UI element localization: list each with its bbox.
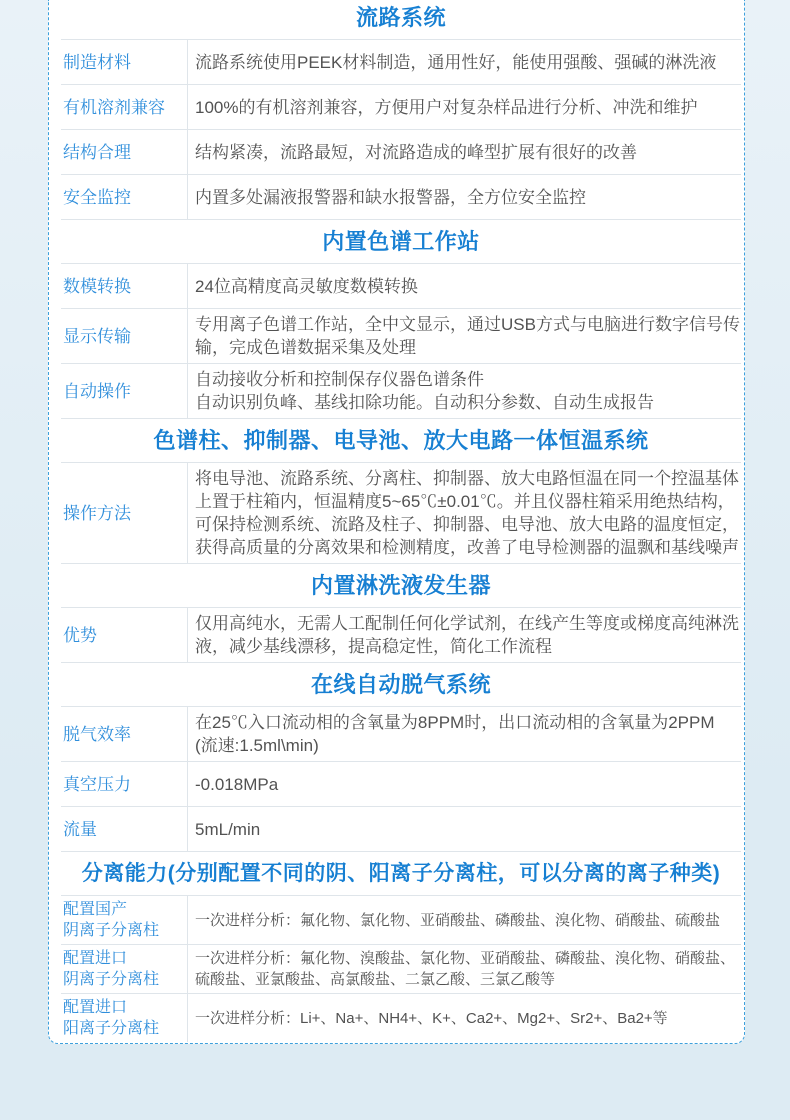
spec-row: 流量 5mL/min [61, 807, 741, 852]
row-label: 真空压力 [61, 762, 188, 806]
section-title: 分离能力(分别配置不同的阴、阳离子分离柱，可以分离的离子种类) [61, 852, 741, 896]
row-value: 一次进样分析：氟化物、溴酸盐、氯化物、亚硝酸盐、磷酸盐、溴化物、硝酸盐、硫酸盐、… [188, 945, 741, 993]
spec-row: 结构合理 结构紧凑，流路最短，对流路造成的峰型扩展有很好的改善 [61, 130, 741, 175]
spec-row: 配置进口 阴离子分离柱 一次进样分析：氟化物、溴酸盐、氯化物、亚硝酸盐、磷酸盐、… [61, 945, 741, 994]
spec-row: 脱气效率 在25℃入口流动相的含氧量为8PPM时，出口流动相的含氧量为2PPM … [61, 707, 741, 762]
row-label: 配置进口 阳离子分离柱 [61, 994, 188, 1042]
spec-row: 安全监控 内置多处漏液报警器和缺水报警器，全方位安全监控 [61, 175, 741, 220]
spec-card: 流路系统 制造材料 流路系统使用PEEK材料制造，通用性好，能使用强酸、强碱的淋… [48, 0, 745, 1044]
section-title: 内置色谱工作站 [61, 220, 741, 264]
spec-section: 内置淋洗液发生器 优势 仅用高纯水，无需人工配制任何化学试剂，在线产生等度或梯度… [61, 564, 741, 663]
spec-row: 数模转换 24位高精度高灵敏度数模转换 [61, 264, 741, 309]
spec-row: 显示传输 专用离子色谱工作站，全中文显示，通过USB方式与电脑进行数字信号传输，… [61, 309, 741, 364]
spec-section: 色谱柱、抑制器、电导池、放大电路一体恒温系统 操作方法 将电导池、流路系统、分离… [61, 419, 741, 564]
row-value: 一次进样分析：Li+、Na+、NH4+、K+、Ca2+、Mg2+、Sr2+、Ba… [188, 1005, 741, 1032]
row-value: -0.018MPa [188, 769, 741, 800]
row-value: 仅用高纯水，无需人工配制任何化学试剂，在线产生等度或梯度高纯淋洗液，减少基线漂移… [188, 608, 741, 662]
section-title: 流路系统 [61, 0, 741, 40]
row-value: 结构紧凑，流路最短，对流路造成的峰型扩展有很好的改善 [188, 137, 741, 168]
row-value: 内置多处漏液报警器和缺水报警器，全方位安全监控 [188, 182, 741, 213]
spec-row: 操作方法 将电导池、流路系统、分离柱、抑制器、放大电路恒温在同一个控温基体上置于… [61, 463, 741, 564]
spec-row: 配置国产 阴离子分离柱 一次进样分析：氟化物、氯化物、亚硝酸盐、磷酸盐、溴化物、… [61, 896, 741, 945]
row-value: 24位高精度高灵敏度数模转换 [188, 271, 741, 302]
row-label: 有机溶剂兼容 [61, 85, 188, 129]
row-label: 配置国产 阴离子分离柱 [61, 896, 188, 944]
row-value: 将电导池、流路系统、分离柱、抑制器、放大电路恒温在同一个控温基体上置于柱箱内，恒… [188, 463, 741, 563]
row-label: 显示传输 [61, 309, 188, 363]
spec-row: 有机溶剂兼容 100%的有机溶剂兼容，方便用户对复杂样品进行分析、冲洗和维护 [61, 85, 741, 130]
row-value: 一次进样分析：氟化物、氯化物、亚硝酸盐、磷酸盐、溴化物、硝酸盐、硫酸盐 [188, 907, 741, 934]
spec-row: 自动操作 自动接收分析和控制保存仪器色谱条件 自动识别负峰、基线扣除功能。自动积… [61, 364, 741, 419]
row-label: 数模转换 [61, 264, 188, 308]
row-label: 配置进口 阴离子分离柱 [61, 945, 188, 993]
section-title: 内置淋洗液发生器 [61, 564, 741, 608]
row-label: 安全监控 [61, 175, 188, 219]
row-label: 自动操作 [61, 364, 188, 418]
spec-section: 在线自动脱气系统 脱气效率 在25℃入口流动相的含氧量为8PPM时，出口流动相的… [61, 663, 741, 852]
spec-row: 优势 仅用高纯水，无需人工配制任何化学试剂，在线产生等度或梯度高纯淋洗液，减少基… [61, 608, 741, 663]
row-value: 流路系统使用PEEK材料制造，通用性好，能使用强酸、强碱的淋洗液 [188, 47, 741, 78]
spec-section: 分离能力(分别配置不同的阴、阳离子分离柱，可以分离的离子种类) 配置国产 阴离子… [61, 852, 741, 1042]
row-value: 在25℃入口流动相的含氧量为8PPM时，出口流动相的含氧量为2PPM (流速:1… [188, 707, 741, 761]
row-value: 5mL/min [188, 814, 741, 845]
section-title: 在线自动脱气系统 [61, 663, 741, 707]
row-value: 自动接收分析和控制保存仪器色谱条件 自动识别负峰、基线扣除功能。自动积分参数、自… [188, 364, 741, 418]
spec-section: 流路系统 制造材料 流路系统使用PEEK材料制造，通用性好，能使用强酸、强碱的淋… [61, 0, 741, 220]
spec-section: 内置色谱工作站 数模转换 24位高精度高灵敏度数模转换 显示传输 专用离子色谱工… [61, 220, 741, 419]
spec-row: 制造材料 流路系统使用PEEK材料制造，通用性好，能使用强酸、强碱的淋洗液 [61, 40, 741, 85]
section-title: 色谱柱、抑制器、电导池、放大电路一体恒温系统 [61, 419, 741, 463]
spec-row: 配置进口 阳离子分离柱 一次进样分析：Li+、Na+、NH4+、K+、Ca2+、… [61, 994, 741, 1042]
row-value: 专用离子色谱工作站，全中文显示，通过USB方式与电脑进行数字信号传输，完成色谱数… [188, 309, 741, 363]
row-label: 脱气效率 [61, 707, 188, 761]
row-label: 优势 [61, 608, 188, 662]
row-label: 操作方法 [61, 463, 188, 563]
row-value: 100%的有机溶剂兼容，方便用户对复杂样品进行分析、冲洗和维护 [188, 92, 741, 123]
spec-row: 真空压力 -0.018MPa [61, 762, 741, 807]
row-label: 制造材料 [61, 40, 188, 84]
row-label: 结构合理 [61, 130, 188, 174]
row-label: 流量 [61, 807, 188, 851]
